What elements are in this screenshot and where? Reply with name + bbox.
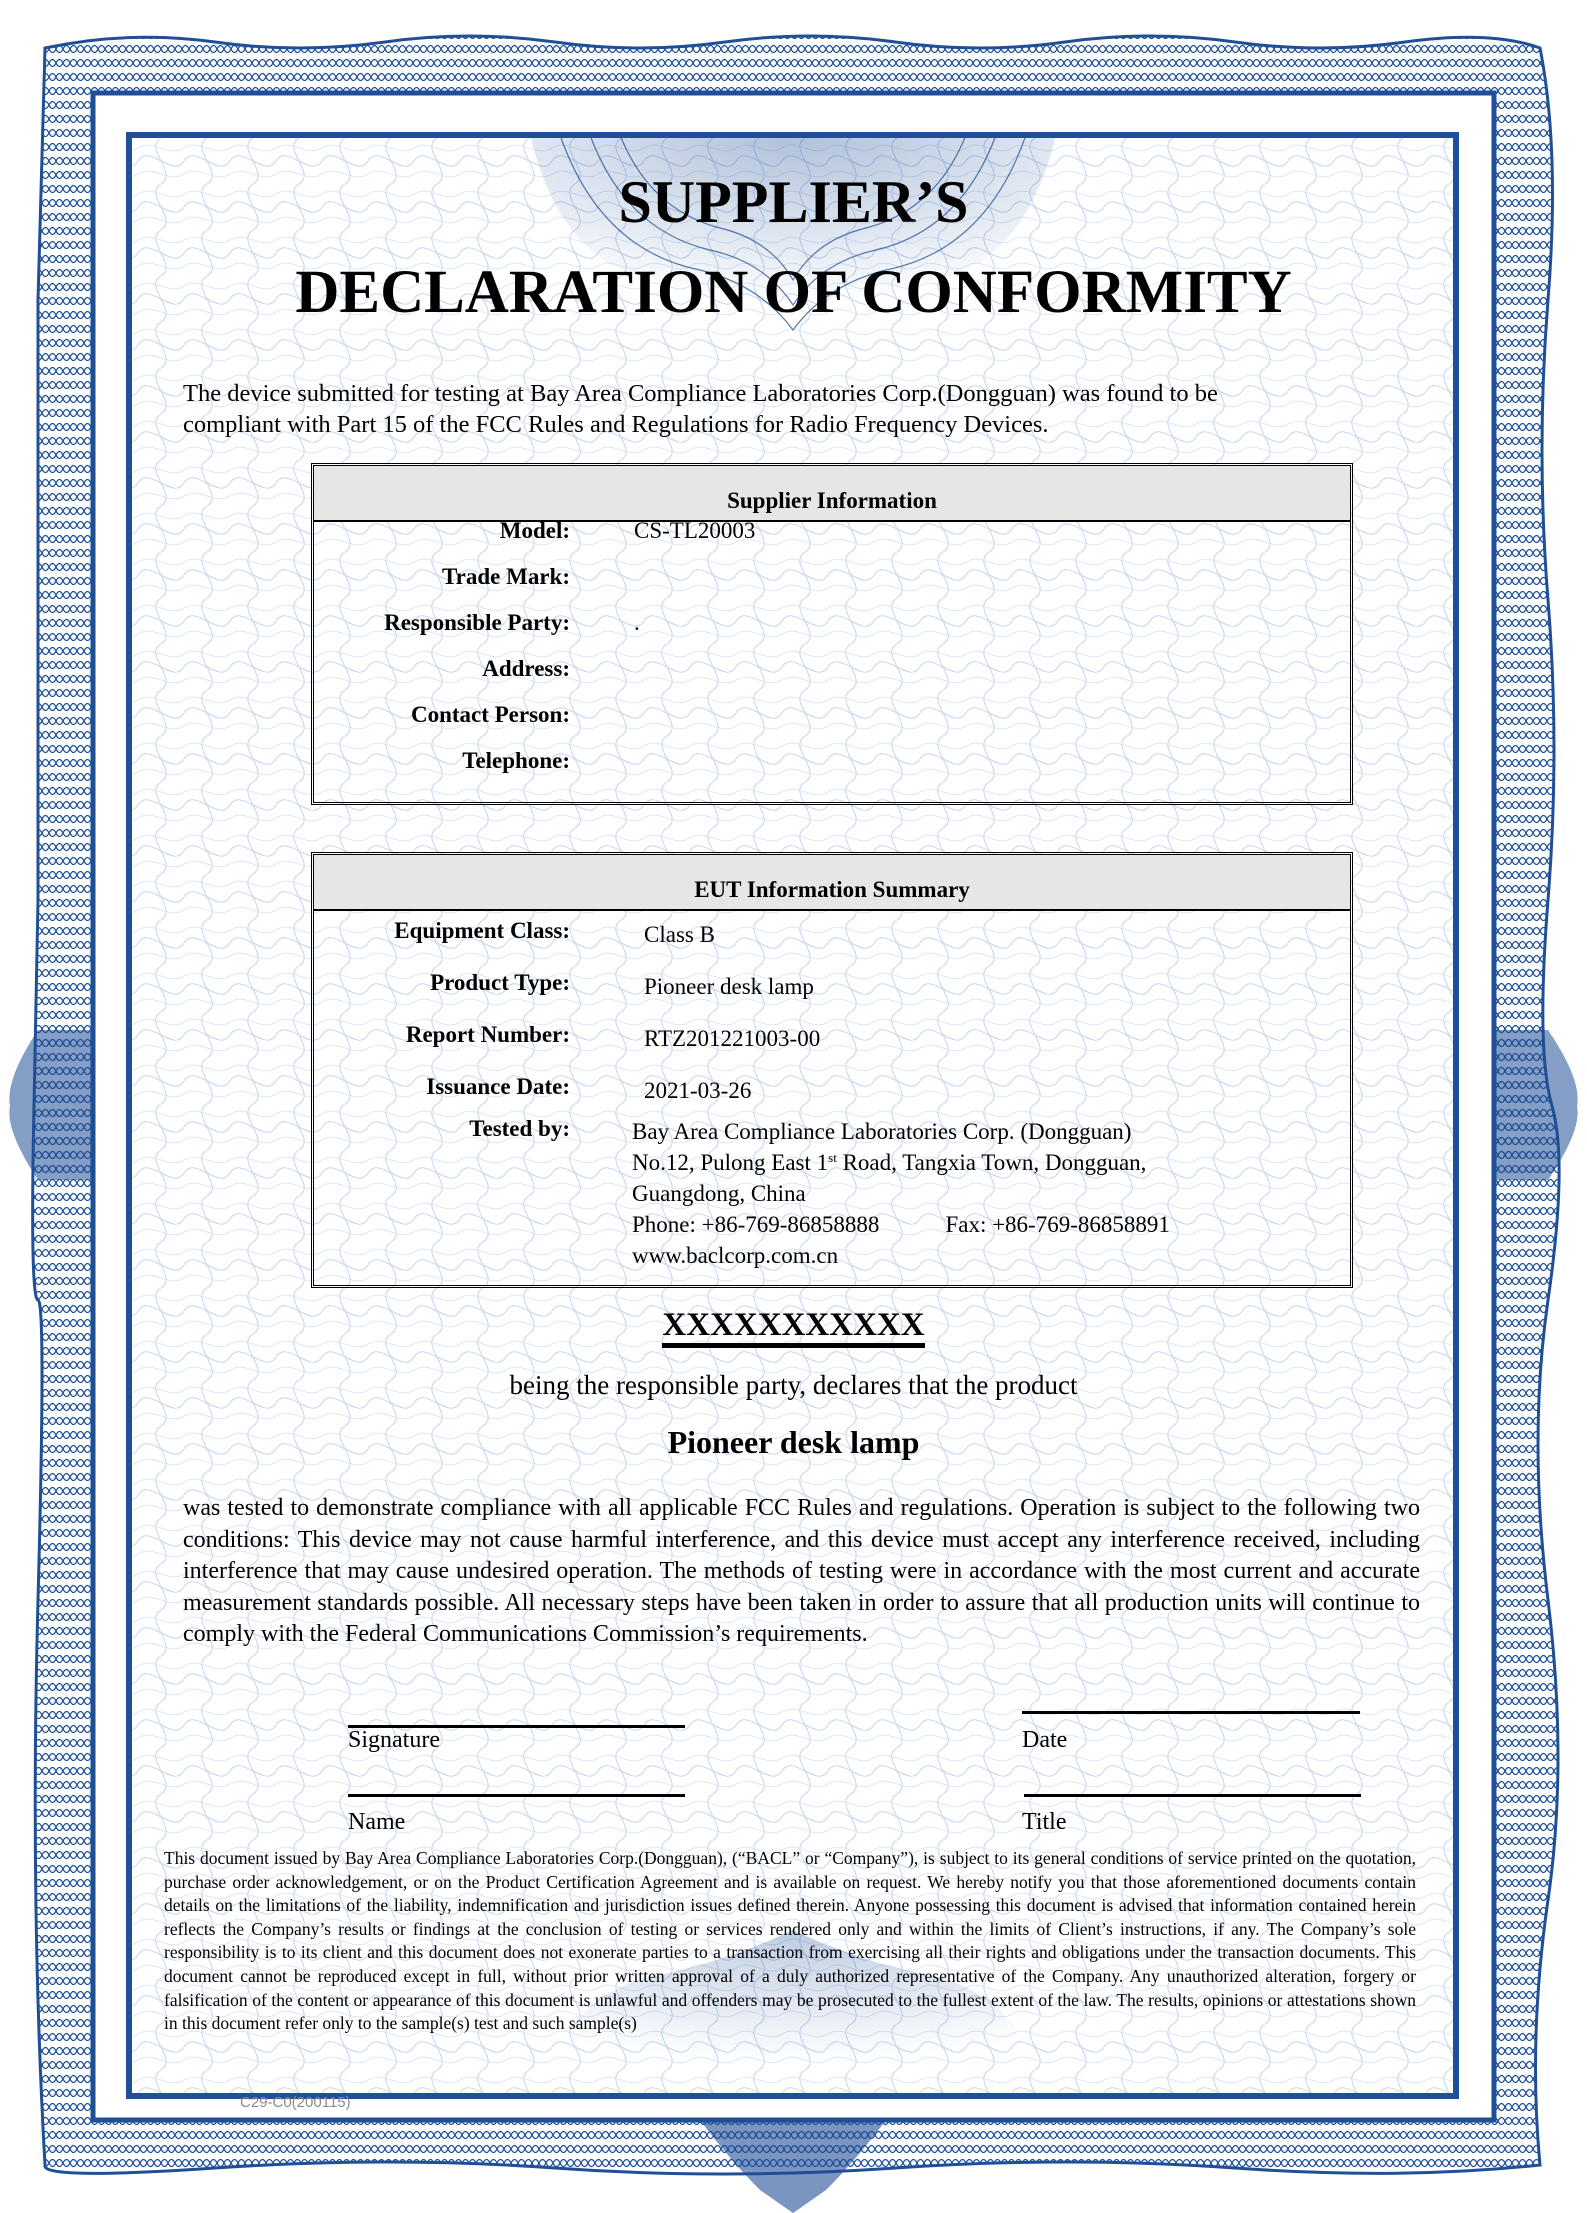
field-label: Model: <box>500 518 570 544</box>
form-code: C29-C0(200115) <box>240 2094 351 2111</box>
title-line <box>1024 1794 1361 1797</box>
lab-company-name: Bay Area Compliance Laboratories Corp. (… <box>632 1116 1170 1147</box>
field-label: Responsible Party: <box>384 610 570 636</box>
address-text: Road, Tangxia Town, Dongguan, <box>837 1150 1147 1175</box>
supplier-information-heading: Supplier Information <box>314 466 1350 522</box>
lab-contact-line: Phone: +86-769-86858888Fax: +86-769-8685… <box>632 1209 1170 1240</box>
tested-by-details: Bay Area Compliance Laboratories Corp. (… <box>632 1116 1170 1271</box>
legal-disclaimer: This document issued by Bay Area Complia… <box>164 1847 1416 2036</box>
lab-address-line1: No.12, Pulong East 1st Road, Tangxia Tow… <box>632 1147 1170 1178</box>
field-value: Class B <box>644 922 715 948</box>
document-title-line1: SUPPLIER’S <box>0 172 1587 232</box>
field-label: Equipment Class: <box>394 918 570 944</box>
responsible-party-text: XXXXXXXXXXX <box>662 1307 924 1348</box>
date-label: Date <box>1022 1727 1067 1754</box>
date-line <box>1022 1711 1360 1714</box>
name-label: Name <box>348 1809 405 1836</box>
field-value: CS-TL20003 <box>634 518 755 544</box>
responsible-party-name: XXXXXXXXXXX <box>0 1307 1587 1344</box>
field-label: Tested by: <box>469 1116 570 1142</box>
field-label: Telephone: <box>462 748 570 774</box>
signature-label: Signature <box>348 1727 440 1754</box>
field-label: Address: <box>482 656 570 682</box>
field-value: 2021-03-26 <box>644 1078 751 1104</box>
document-title-line2: DECLARATION OF CONFORMITY <box>0 262 1587 323</box>
lab-fax: Fax: +86-769-86858891 <box>945 1209 1169 1240</box>
intro-paragraph: The device submitted for testing at Bay … <box>183 378 1383 440</box>
eut-information-heading: EUT Information Summary <box>314 855 1350 911</box>
lab-phone: Phone: +86-769-86858888 <box>632 1212 879 1237</box>
field-value: . <box>634 610 640 636</box>
field-value: Pioneer desk lamp <box>644 974 814 1000</box>
supplier-information-table: Supplier Information Model: CS-TL20003 T… <box>311 463 1353 805</box>
field-label: Trade Mark: <box>442 564 570 590</box>
ordinal-suffix: st <box>828 1150 837 1165</box>
declaration-statement: being the responsible party, declares th… <box>0 1370 1587 1401</box>
field-label: Issuance Date: <box>426 1074 570 1100</box>
field-label: Report Number: <box>406 1022 570 1048</box>
address-text: No.12, Pulong East 1 <box>632 1150 828 1175</box>
title-label: Title <box>1022 1809 1066 1836</box>
eut-information-table: EUT Information Summary Equipment Class:… <box>311 852 1353 1288</box>
intro-line-1: The device submitted for testing at Bay … <box>183 378 1383 409</box>
name-line <box>348 1794 685 1797</box>
product-name: Pioneer desk lamp <box>0 1424 1587 1461</box>
field-value: RTZ201221003-00 <box>644 1026 820 1052</box>
field-label: Contact Person: <box>411 702 570 728</box>
lab-address-line2: Guangdong, China <box>632 1178 1170 1209</box>
field-label: Product Type: <box>430 970 570 996</box>
intro-line-2: compliant with Part 15 of the FCC Rules … <box>183 409 1383 440</box>
compliance-paragraph: was tested to demonstrate compliance wit… <box>183 1493 1420 1651</box>
lab-website: www.baclcorp.com.cn <box>632 1240 1170 1271</box>
